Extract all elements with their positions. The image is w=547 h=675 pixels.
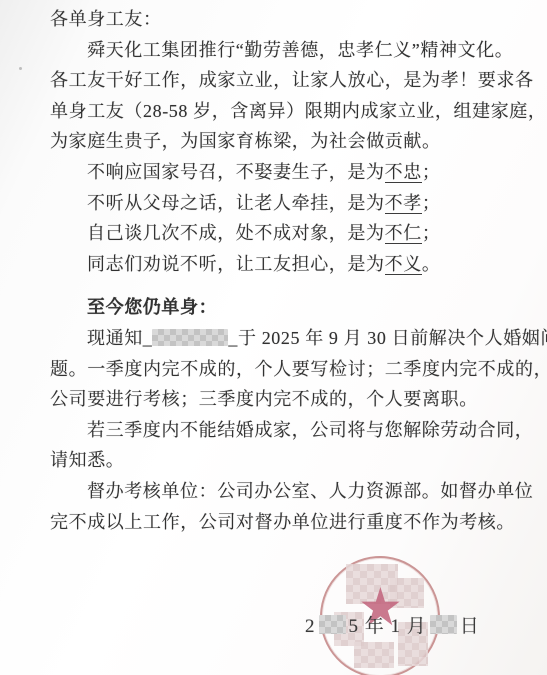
para2-line1: 现通知__于 2025 年 9 月 30 日前解决个人婚姻问: [50, 323, 510, 354]
para2-line1-prefix: 现通知_: [87, 328, 152, 348]
date-seg-1: 2: [305, 616, 316, 637]
para4-line1: 督办考核单位：公司办公室、人力资源部。如督办单位: [50, 476, 510, 507]
seal-date-line: 25 年 1 月日: [305, 611, 465, 638]
item-buyi-text: 同志们劝说不听，让工友担心，是为: [87, 254, 385, 274]
para1-line3: 单身工友（28-58 岁，含离异）限期内成家立业，组建家庭，: [50, 96, 510, 127]
item-buxiao-underlined: 不孝: [385, 193, 422, 214]
company-seal: ★ 25 年 1 月日: [320, 556, 442, 675]
date-blur-1: [319, 615, 346, 634]
item-buren-punct: ；: [422, 223, 441, 243]
para1-line4: 为家庭生贵子，为国家育栋梁，为社会做贡献。: [50, 126, 510, 157]
date-seg-4: 日: [460, 616, 480, 637]
para1-line1: 舜天化工集团推行“勤劳善德，忠孝仁义”精神文化。: [50, 35, 510, 66]
item-buren-text: 自己谈几次不成，处不成对象，是为: [87, 223, 385, 243]
item-buzhong-text: 不响应国家号召，不娶妻生子，是为: [87, 162, 385, 182]
item-buzhong: 不响应国家号召，不娶妻生子，是为不忠；: [50, 157, 510, 188]
item-buxiao: 不听从父母之话，让老人牵挂，是为不孝；: [50, 188, 510, 219]
salutation: 各单身工友：: [50, 4, 510, 35]
item-buyi-punct: 。: [422, 254, 441, 274]
paper-speck: [19, 67, 22, 70]
date-seg-2: 5 年: [349, 616, 385, 637]
date-seg-3: 1 月: [391, 616, 427, 637]
item-buren: 自己谈几次不成，处不成对象，是为不仁；: [50, 218, 510, 249]
item-buxiao-text: 不听从父母之话，让老人牵挂，是为: [87, 193, 385, 213]
para1-line2: 各工友干好工作，成家立业，让家人放心，是为孝！要求各: [50, 65, 510, 96]
para3-line1: 若三季度内不能结婚成家，公司将与您解除劳动合同，: [50, 415, 510, 446]
pixelation-patch: [354, 642, 394, 668]
notice-document: 各单身工友： 舜天化工集团推行“勤劳善德，忠孝仁义”精神文化。 各工友干好工作，…: [50, 4, 510, 537]
redacted-name-blur: [152, 329, 228, 346]
para3-line2: 请知悉。: [50, 445, 510, 476]
item-buzhong-punct: ；: [422, 162, 441, 182]
item-buzhong-underlined: 不忠: [385, 162, 422, 183]
item-buxiao-punct: ；: [422, 193, 441, 213]
item-buyi: 同志们劝说不听，让工友担心，是为不义。: [50, 249, 510, 280]
date-blur-2: [430, 615, 457, 634]
item-buyi-underlined: 不义: [385, 254, 422, 275]
para4-line2: 完不成以上工作，公司对督办单位进行重度不作为考核。: [50, 507, 510, 538]
item-buren-underlined: 不仁: [385, 223, 422, 244]
para2-line2: 题。一季度内完不成的，个人要写检讨；二季度内完不成的，: [50, 354, 510, 385]
para2-line1-suffix: _于 2025 年 9 月 30 日前解决个人婚姻问: [228, 328, 547, 348]
para2-line3: 公司要进行考核；三季度内完不成的，个人要离职。: [50, 384, 510, 415]
still-single-heading: 至今您仍单身：: [50, 292, 510, 323]
